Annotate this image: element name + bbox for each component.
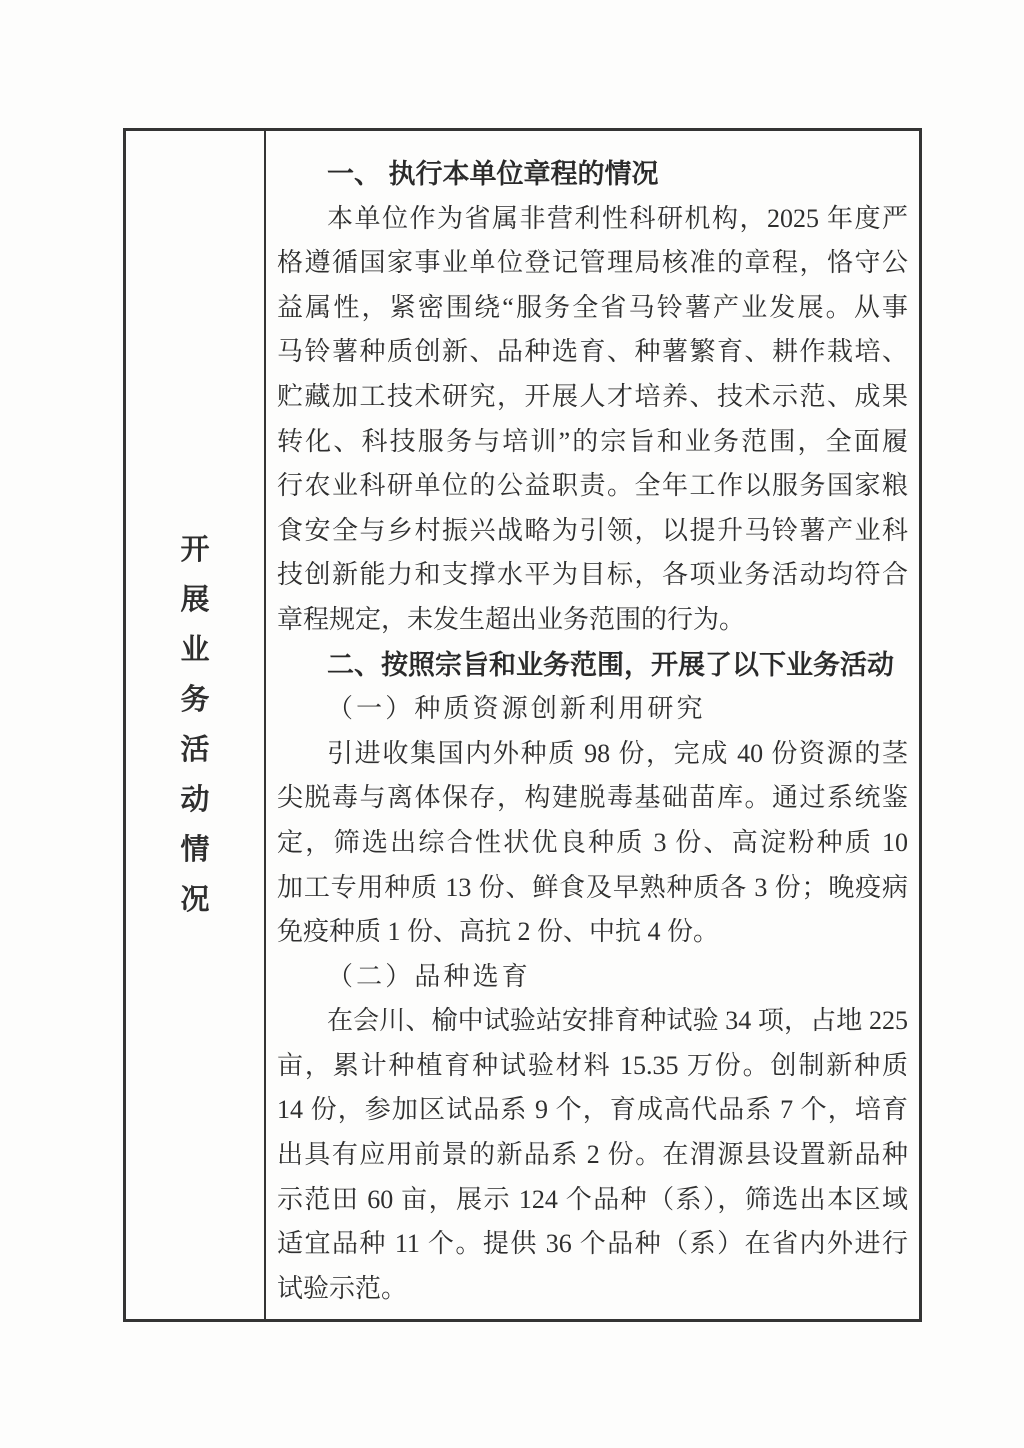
row-label-char: 业 [180,636,209,665]
row-label-char: 展 [180,586,209,615]
section-2-heading: 二、按照宗旨和业务范围，开展了以下业务活动 [277,643,908,688]
row-label-char: 活 [180,736,209,765]
text-line: 出具有应用前景的新品系 2 份。在渭源县设置新品种 [277,1133,908,1178]
row-label-char: 务 [180,686,209,715]
text-line: 示范田 60 亩，展示 124 个品种（系），筛选出本区域 [277,1178,908,1223]
text-line: 行农业科研单位的公益职责。全年工作以服务国家粮 [277,464,908,509]
text-line: 引进收集国内外种质 98 份，完成 40 份资源的茎 [277,732,908,777]
text-line: 定，筛选出综合性状优良种质 3 份、高淀粉种质 10 份、 [277,821,908,866]
text-line: 适宜品种 11 个。提供 36 个品种（系）在省内外进行 [277,1222,908,1267]
text-line: 14 份，参加区试品系 9 个，育成高代品系 7 个，培育 [277,1088,908,1133]
row-label-char: 开 [180,536,209,565]
text-line: 贮藏加工技术研究，开展人才培养、技术示范、成果 [277,375,908,420]
text-line: 加工专用种质 13 份、鲜食及早熟种质各 3 份；晚疫病 [277,866,908,911]
report-table: 开 展 业 务 活 动 情 况 一、 执行本单位章程的情况 本单位作为省属非营利… [123,128,922,1322]
row-label-cell: 开 展 业 务 活 动 情 况 [126,131,266,1319]
section-1-heading: 一、 执行本单位章程的情况 [277,152,908,197]
text-line: 马铃薯种质创新、品种选育、种薯繁育、耕作栽培、 [277,330,908,375]
text-line: 试验示范。 [277,1267,908,1312]
text-line: 本单位作为省属非营利性科研机构，2025 年度严 [277,197,908,242]
subsection-2-heading: （二）品种选育 [277,955,908,1000]
row-label-char: 动 [180,786,209,815]
row-label-char: 况 [180,886,209,915]
scanned-document-page: { "page": { "background_color": "#fdfdfc… [0,0,1024,1448]
text-line: 章程规定，未发生超出业务范围的行为。 [277,598,908,643]
text-line: 技创新能力和支撑水平为目标，各项业务活动均符合 [277,553,908,598]
text-line: 亩，累计种植育种试验材料 15.35 万份。创制新种质 [277,1044,908,1089]
row-label-char: 情 [180,836,209,865]
text-line: 转化、科技服务与培训”的宗旨和业务范围，全面履 [277,420,908,465]
text-line: 格遵循国家事业单位登记管理局核准的章程，恪守公 [277,241,908,286]
text-line: 尖脱毒与离体保存，构建脱毒基础苗库。通过系统鉴 [277,776,908,821]
subsection-1-heading: （一）种质资源创新利用研究 [277,687,908,732]
text-line: 益属性，紧密围绕“服务全省马铃薯产业发展。从事 [277,286,908,331]
text-line: 在会川、榆中试验站安排育种试验 34 项，占地 225 [277,999,908,1044]
text-line: 食安全与乡村振兴战略为引领，以提升马铃薯产业科 [277,509,908,554]
text-line: 免疫种质 1 份、高抗 2 份、中抗 4 份。 [277,910,908,955]
content-cell: 一、 执行本单位章程的情况 本单位作为省属非营利性科研机构，2025 年度严 格… [266,131,919,1319]
